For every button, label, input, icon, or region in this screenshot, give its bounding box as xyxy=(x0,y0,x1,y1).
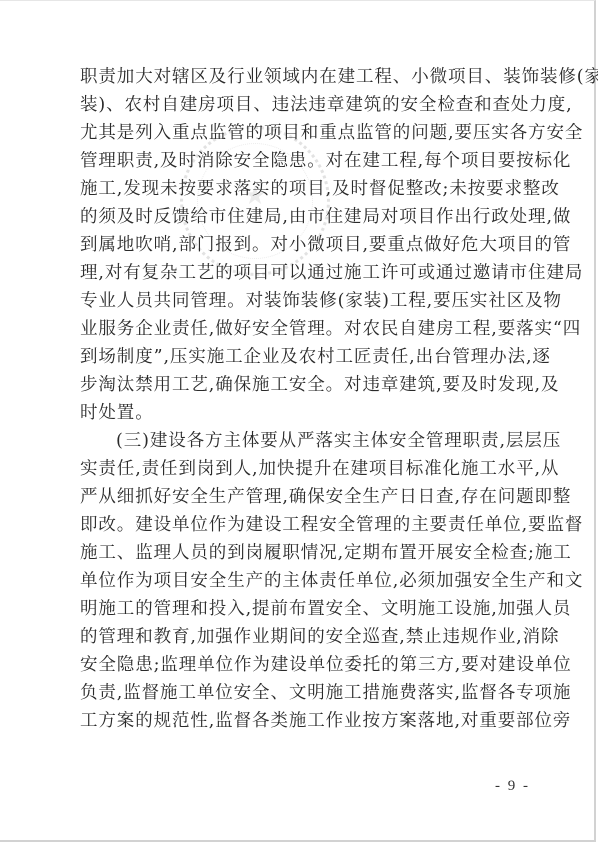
text-line: 职责加大对辖区及行业领域内在建工程、小微项目、装饰装修(家 xyxy=(80,63,522,91)
section-heading-line: (三)建设各方主体要从严落实主体安全管理职责,层层压 xyxy=(80,427,522,455)
text-line: 到场制度”,压实施工企业及农村工匠责任,出台管理办法,逐 xyxy=(80,343,522,371)
text-line: 步淘汰禁用工艺,确保施工安全。对违章建筑,要及时发现,及 xyxy=(80,371,522,399)
text-line: 理,对有复杂工艺的项目可以通过施工许可或通过邀请市住建局 xyxy=(80,259,522,287)
text-line: 即改。建设单位作为建设工程安全管理的主要责任单位,要监督 xyxy=(80,511,522,539)
text-line: 施工,发现未按要求落实的项目,及时督促整改;未按要求整改 xyxy=(80,175,522,203)
text-line: 尤其是列入重点监管的项目和重点监管的问题,要压实各方安全 xyxy=(80,119,522,147)
document-page: ★ 职责加大对辖区及行业领域内在建工程、小微项目、装饰装修(家 装)、农村自建房… xyxy=(0,0,596,842)
text-line: 施工、监理人员的到岗履职情况,定期布置开展安全检查;施工 xyxy=(80,539,522,567)
text-line: 时处置。 xyxy=(80,399,522,427)
text-line: 负责,监督施工单位安全、文明施工措施费落实,监督各专项施 xyxy=(80,679,522,707)
text-line: 业服务企业责任,做好安全管理。对农民自建房工程,要落实“四 xyxy=(80,315,522,343)
text-line: 严从细抓好安全生产管理,确保安全生产日日查,存在问题即整 xyxy=(80,483,522,511)
text-line: 安全隐患;监理单位作为建设单位委托的第三方,要对建设单位 xyxy=(80,651,522,679)
page-number: - 9 - xyxy=(470,778,530,795)
text-line: 到属地吹哨,部门报到。对小微项目,要重点做好危大项目的管 xyxy=(80,231,522,259)
text-line: 专业人员共同管理。对装饰装修(家装)工程,要压实社区及物 xyxy=(80,287,522,315)
text-line: 的管理和教育,加强作业期间的安全巡查,禁止违规作业,消除 xyxy=(80,623,522,651)
text-line: 装)、农村自建房项目、违法违章建筑的安全检查和查处力度, xyxy=(80,91,522,119)
text-line: 管理职责,及时消除安全隐患。对在建工程,每个项目要按标化 xyxy=(80,147,522,175)
text-line: 工方案的规范性,监督各类施工作业按方案落地,对重要部位旁 xyxy=(80,707,522,735)
text-line: 明施工的管理和投入,提前布置安全、文明施工设施,加强人员 xyxy=(80,595,522,623)
text-line: 实责任,责任到岗到人,加快提升在建项目标准化施工水平,从 xyxy=(80,455,522,483)
text-line: 的须及时反馈给市住建局,由市住建局对项目作出行政处理,做 xyxy=(80,203,522,231)
text-line: 单位作为项目安全生产的主体责任单位,必须加强安全生产和文 xyxy=(80,567,522,595)
body-text: 职责加大对辖区及行业领域内在建工程、小微项目、装饰装修(家 装)、农村自建房项目… xyxy=(80,63,522,735)
